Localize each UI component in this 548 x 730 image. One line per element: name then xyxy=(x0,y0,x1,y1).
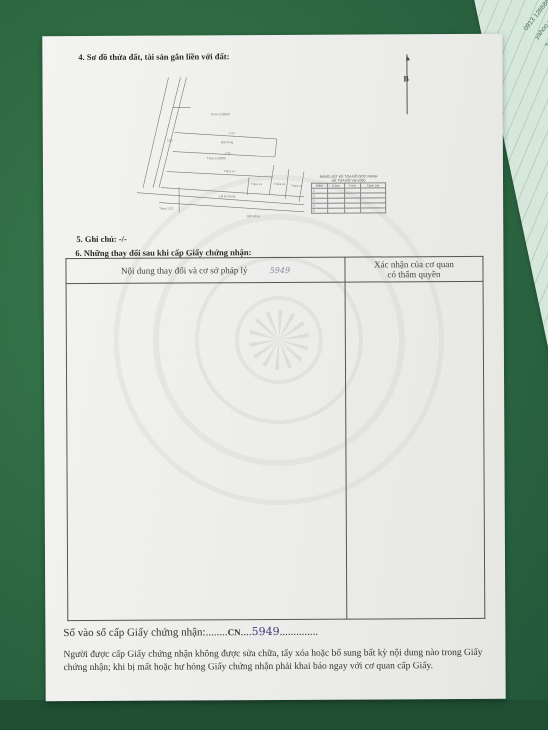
land-certificate-page: 4. Sơ đồ thửa đất, tài sản gắn liền với … xyxy=(42,34,505,701)
section-4-title: 4. Sơ đồ thửa đất, tài sản gắn liền với … xyxy=(78,51,229,62)
changes-content-cell xyxy=(66,282,347,620)
legal-notice: Người được cấp Giấy chứng nhận không đượ… xyxy=(63,647,493,675)
north-arrow-icon: ▲ B xyxy=(406,54,408,114)
svg-text:Thửa 1/13: Thửa 1/13 xyxy=(159,207,173,211)
svg-text:Thửa xx: Thửa xx xyxy=(274,182,286,186)
svg-text:Đất trống: Đất trống xyxy=(221,140,234,144)
coordinate-table: BẢNG LIỆT KÊ TỌA ĐỘ GÓC RANH HỆ TỌA ĐỘ V… xyxy=(311,174,386,213)
table-surface xyxy=(0,700,548,730)
changes-col1-header: Nội dung thay đổi và cơ sở pháp lý 5949 xyxy=(66,257,345,283)
section-5-notes: 5. Ghi chú: -/- xyxy=(76,234,127,244)
changes-table: Nội dung thay đổi và cơ sở pháp lý 5949 … xyxy=(65,256,485,621)
land-plot-diagram: Thửa 1/28909 Thửa 1/28908 Đất trống 7.24… xyxy=(128,77,309,223)
svg-text:7.31: 7.31 xyxy=(225,151,231,155)
svg-text:Thửa xx: Thửa xx xyxy=(291,184,303,188)
svg-text:Lối đi chung: Lối đi chung xyxy=(219,194,236,198)
table-row: 5 xyxy=(312,208,386,213)
svg-text:Đất trống: Đất trống xyxy=(247,214,260,218)
svg-text:Thửa 1/28909: Thửa 1/28909 xyxy=(211,112,230,116)
registry-number: 5949 xyxy=(252,625,280,638)
svg-text:7.24: 7.24 xyxy=(229,131,235,135)
svg-text:Thửa 1/28908: Thửa 1/28908 xyxy=(207,156,226,160)
confirmation-cell xyxy=(345,281,485,619)
changes-col2-header: Xác nhận của cơ quan có thẩm quyền xyxy=(345,256,483,282)
svg-text:3.20: 3.20 xyxy=(167,139,173,143)
svg-text:Thửa xx: Thửa xx xyxy=(251,182,263,186)
handwritten-number: 5949 xyxy=(270,265,290,274)
svg-text:Thửa xx: Thửa xx xyxy=(224,169,236,173)
table-row xyxy=(66,281,485,620)
registry-number-line: Số vào sổ cấp Giấy chứng nhận:........CN… xyxy=(63,625,318,639)
